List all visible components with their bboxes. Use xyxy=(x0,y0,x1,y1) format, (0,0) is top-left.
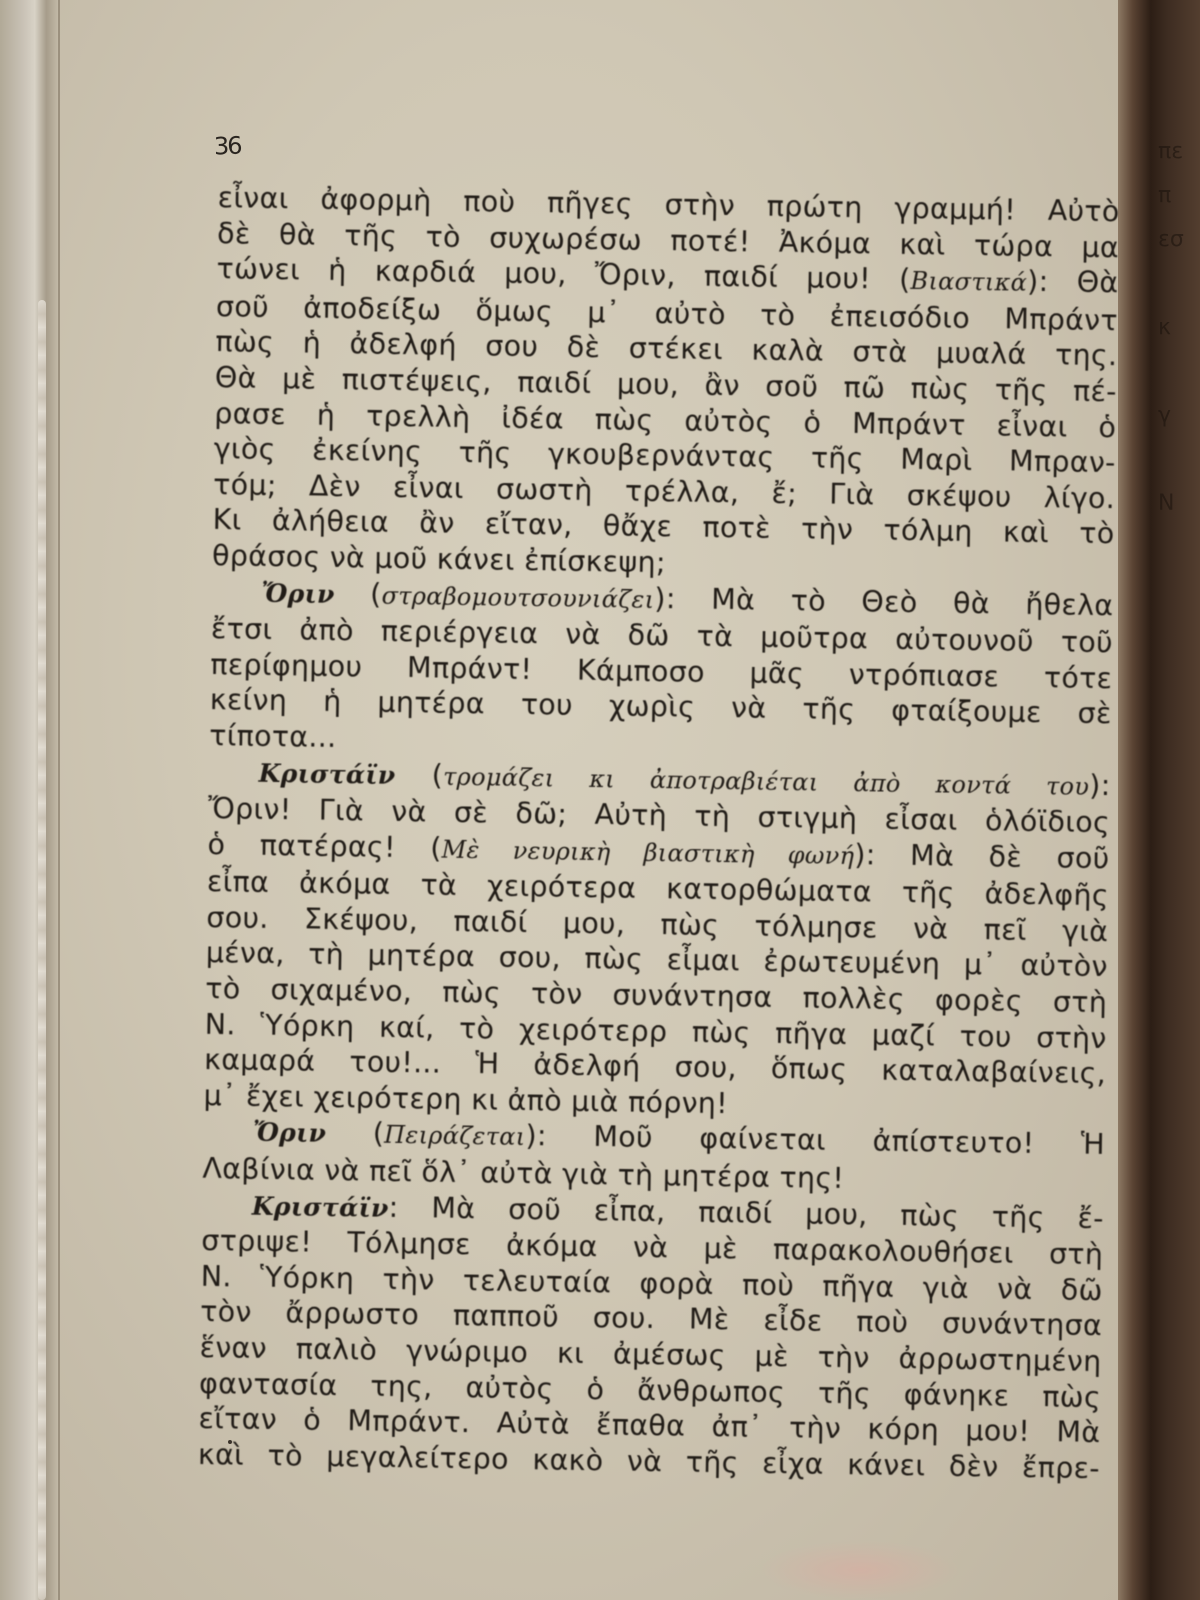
left-page-edges xyxy=(0,0,60,1600)
dialogue-text: θράσος νὰ μοῦ κάνει ἐπίσκεψη; xyxy=(212,539,666,579)
next-page-fragment xyxy=(1158,350,1200,394)
dialogue-text: τίποτα... xyxy=(209,719,337,754)
dialogue-text: ( xyxy=(395,757,443,791)
light-reflection xyxy=(760,1540,960,1600)
dialogue-text: ( xyxy=(334,576,381,610)
stage-direction: στραβομουτσουνιάζει xyxy=(381,581,654,613)
dialogue-text: ( xyxy=(326,1116,385,1150)
dialogue-text: ): Μὰ δὲ σοῦ xyxy=(854,838,1110,875)
stage-direction: τρομάζει κι ἀποτραβιέται ἀπὸ κοντά του xyxy=(443,762,1090,800)
speaker-name: Κριστάϊν xyxy=(252,1191,389,1222)
next-page-fragment: γ xyxy=(1158,394,1200,438)
page-number: 36 xyxy=(214,132,242,161)
margin-speck xyxy=(228,1440,232,1444)
next-page-fragment: Ν xyxy=(1158,482,1200,526)
next-page-fragment: π xyxy=(1158,174,1200,218)
stage-direction: Πειράζεται xyxy=(384,1121,526,1151)
next-page-fragment: κ xyxy=(1158,306,1200,350)
stage-direction: Μὲ νευρικὴ βιαστικὴ φωνή xyxy=(441,835,854,869)
dialogue-text: ): Θὰ xyxy=(1027,265,1119,299)
dialogue-text: ): Μὰ τὸ Θεὸ θὰ ἤθελα xyxy=(654,581,1114,621)
dialogue-text: ): xyxy=(1089,768,1111,801)
photo-scene: πεπεσ κ γ Ν 36 εἶναι ἀφορμὴ ποὺ πῆγες στ… xyxy=(0,0,1200,1600)
next-page-fragments: πεπεσ κ γ Ν xyxy=(1158,130,1200,526)
speaker-name: Κριστάϊν xyxy=(258,758,395,789)
dialogue-text: ὁ πατέρας! ( xyxy=(207,828,442,865)
dialogue-text: ): Μοῦ φαίνεται ἀπίστευτο! Ἡ xyxy=(525,1119,1105,1161)
next-page-fragment xyxy=(1158,262,1200,306)
speaker-name: Ὄριν xyxy=(253,1118,327,1148)
next-page-fragment: πε xyxy=(1158,130,1200,174)
next-page-fragment: εσ xyxy=(1158,218,1200,262)
next-page-fragment xyxy=(1158,438,1200,482)
stage-direction: Βιαστικά xyxy=(910,267,1027,297)
page-body-text: εἶναι ἀφορμὴ ποὺ πῆγες στὴν πρώτη γραμμή… xyxy=(198,180,1120,1486)
speaker-name: Ὄριν xyxy=(261,578,335,608)
